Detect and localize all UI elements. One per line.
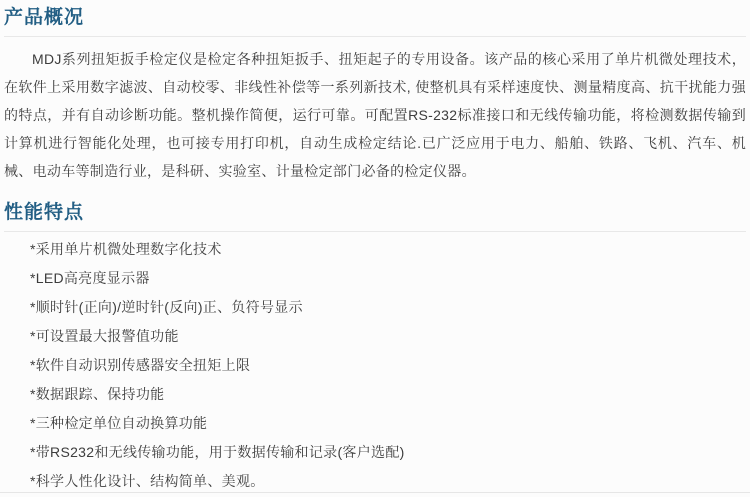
section-title-performance-features: 性能特点	[4, 195, 746, 229]
feature-item: *三种检定单位自动换算功能	[30, 409, 746, 438]
product-detail-page: 产品概况 MDJ系列扭矩扳手检定仪是检定各种扭矩扳手、扭矩起子的专用设备。该产品…	[0, 0, 750, 497]
feature-item: *可设置最大报警值功能	[30, 322, 746, 351]
page-bottom-divider	[0, 492, 750, 493]
section-title-product-overview: 产品概况	[4, 0, 746, 34]
product-overview-paragraph: MDJ系列扭矩扳手检定仪是检定各种扭矩扳手、扭矩起子的专用设备。该产品的核心采用…	[4, 45, 746, 185]
feature-item: *LED高亮度显示器	[30, 264, 746, 293]
feature-item: *数据跟踪、保持功能	[30, 380, 746, 409]
feature-item: *带RS232和无线传输功能，用于数据传输和记录(客户选配)	[30, 438, 746, 467]
features-header-divider	[4, 231, 746, 232]
feature-item: *软件自动识别传感器安全扭矩上限	[30, 351, 746, 380]
feature-list: *采用单片机微处理数字化技术 *LED高亮度显示器 *顺时针(正向)/逆时针(反…	[4, 235, 746, 496]
feature-item: *顺时针(正向)/逆时针(反向)正、负符号显示	[30, 293, 746, 322]
feature-item: *采用单片机微处理数字化技术	[30, 235, 746, 264]
overview-header-divider	[4, 36, 746, 37]
